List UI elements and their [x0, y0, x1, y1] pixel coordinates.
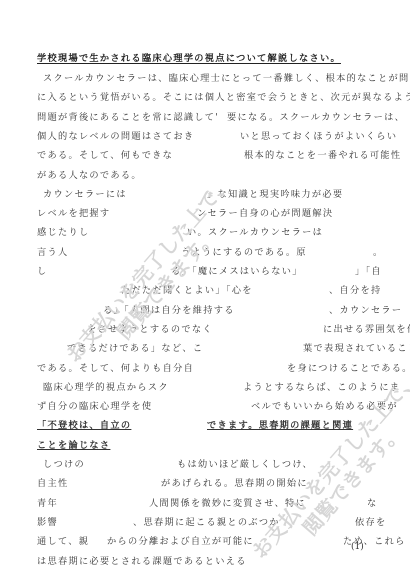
text-segment: である。そして、何もできな: [37, 149, 173, 163]
text-segment: スクールカウンセラーは、臨床心理士にとって一番難しく、根本的なことが問われる場: [43, 72, 410, 86]
text-segment: 青年: [37, 497, 58, 511]
body-line: スクールカウンセラーは、臨床心理士にとって一番難しく、根本的なことが問われる場: [37, 72, 377, 86]
text-segment: 感じたりし: [37, 226, 89, 240]
text-segment: 」「自: [355, 265, 382, 279]
text-segment: し: [37, 265, 48, 279]
text-segment: は思春期に必要とされる課題であるといえる: [37, 555, 247, 569]
text-segment: に出せる雰囲気を作: [323, 323, 410, 337]
body-line: がある人なのである。: [37, 169, 377, 183]
text-segment: がある人なのである。: [37, 169, 142, 183]
document-heading: 学校現場で生かされる臨床心理学の視点について解説しなさい。: [37, 52, 377, 66]
text-segment: 根本的なことを一番やれる可能性: [244, 149, 401, 163]
body-line: である。そして、何もできな根本的なことを一番やれる可能性: [37, 149, 377, 163]
body-line: 臨床心理学的視点からスクようとするならば、このようにま: [37, 381, 377, 395]
body-line: 問題が背後にあることを常に認識して'要になる。スクールカウンセラーは、: [37, 111, 377, 125]
body-line: しる」「魔にメスはいらない」」「自: [37, 265, 377, 279]
text-segment: 「不登校は、自立の: [37, 419, 131, 433]
text-segment: 、カウンセラー: [329, 304, 402, 318]
text-segment: 。: [373, 246, 384, 260]
text-segment: 葉で表現されていること: [303, 342, 410, 356]
text-segment: な: [367, 497, 378, 511]
text-segment: を身につけることである。: [287, 362, 410, 376]
text-segment: である。そして、何よりも自分自: [37, 362, 194, 376]
body-line: 「不登校は、自立のできます。思春期の課題と関連: [37, 419, 377, 433]
text-segment: 自主性: [37, 477, 68, 491]
text-segment: レベルを把握す: [37, 207, 110, 221]
text-segment: ず自分の臨床心理学を使: [37, 400, 152, 414]
text-segment: ことを論じなさ: [37, 439, 110, 453]
text-segment: 依存を: [355, 516, 386, 530]
text-segment: があげられる。思春期の開始に: [161, 477, 308, 491]
body-line: ず自分の臨床心理学を使ベルでもいいから始める必要が: [37, 400, 377, 414]
text-segment: 、思春期に起こる親とのぶつか: [133, 516, 280, 530]
body-line: ただただ聞くとよい」「心を、自分を持: [37, 284, 377, 298]
text-segment: 通して、親: [37, 535, 89, 549]
text-segment: 問題が背後にあることを常に認識して': [37, 111, 219, 125]
text-segment: 個人的なレベルの問題はさておき: [37, 130, 194, 144]
text-segment: もは幼いほど厳しくしつけ、: [177, 458, 313, 472]
body-line: 個人的なレベルの問題はさておきいと思っておくほうがよいくらい: [37, 130, 377, 144]
page-number: (1): [351, 542, 364, 552]
body-line: る」「人間は自分を維持する、カウンセラー: [37, 304, 377, 318]
text-segment: 影響: [37, 516, 58, 530]
text-segment: 言う人: [37, 246, 68, 260]
document-page: 学校現場で生かされる臨床心理学の視点について解説しなさい。 スクールカウンセラー…: [0, 0, 410, 580]
text-segment: いと思っておくほうがよいくらい: [240, 130, 397, 144]
text-segment: ようとするならば、このようにま: [243, 381, 400, 395]
text-segment: 、自分を持: [329, 284, 381, 298]
body-line: 通して、親からの分離および自立が可能にため、これら: [37, 535, 377, 549]
text-segment: に入るという覚悟がいる。そこには個人と密室で会うときと、次元が異なるような大きな: [37, 91, 410, 105]
text-segment: しつけの: [43, 458, 85, 472]
text-segment: からの分離および自立が可能に: [107, 535, 254, 549]
body-line: ことを論じなさ: [37, 439, 377, 453]
body-line: に入るという覚悟がいる。そこには個人と密室で会うときと、次元が異なるような大きな: [37, 91, 377, 105]
text-segment: できます。思春期の課題と関連: [207, 419, 353, 433]
text-segment: 要になる。スクールカウンセラーは、: [227, 111, 405, 125]
body-line: は思春期に必要とされる課題であるといえる: [37, 555, 377, 569]
text-segment: カウンセラーには: [43, 188, 127, 202]
text-segment: 臨床心理学的視点からスク: [43, 381, 169, 395]
